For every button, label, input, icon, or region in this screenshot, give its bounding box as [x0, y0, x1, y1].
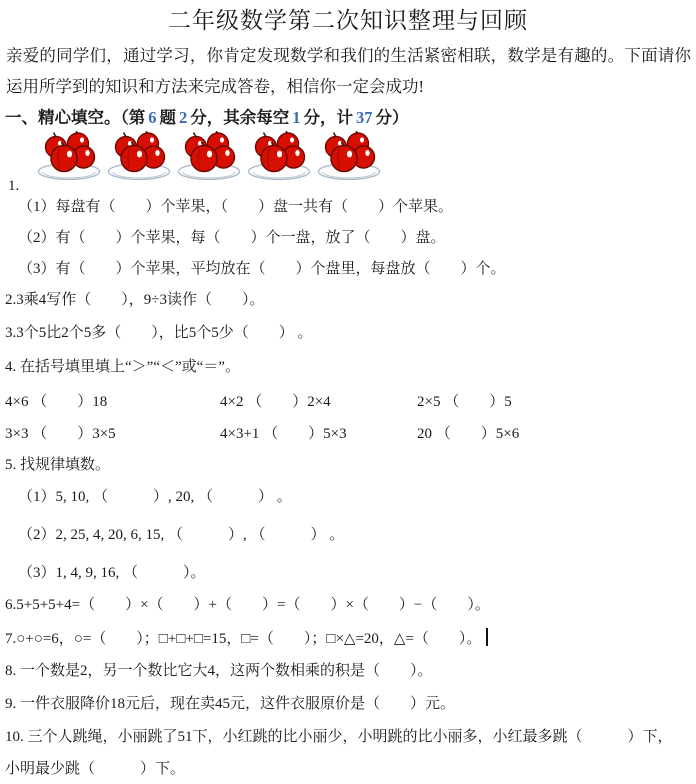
apples-on-plate-icon — [36, 131, 102, 181]
question-1-item-3: （3）有（ ）个苹果，平均放在（ ）个盘里，每盘放（ ）个。 — [18, 259, 506, 279]
question-4-prompt: 4. 在括号填里填上“＞”“＜”或“＝”。 — [5, 357, 240, 377]
heading-text: 分） — [376, 108, 409, 127]
comparison-blank: 4×6 （ ）18 — [5, 390, 107, 411]
question-6: 6.5+5+5+4=（ ）×（ ）+（ ）=（ ）×（ ）−（ ）。 — [5, 595, 490, 615]
question-1-item-1: （1）每盘有（ ）个苹果，（ ）盘一共有（ ）个苹果。 — [18, 197, 453, 217]
question-1-item-2: （2）有（ ）个苹果，每（ ）个一盘，放了（ ）盘。 — [18, 228, 446, 248]
heading-text: 分，计 — [304, 108, 354, 127]
comparison-blank: 4×3+1 （ ）5×3 — [220, 422, 347, 443]
question-5-item-2: （2）2, 25, 4, 20, 6, 15, （ ）, （ ） 。 — [18, 525, 344, 545]
question-4-row-2: 3×3 （ ）3×5 4×3+1 （ ）5×3 20 （ ）5×6 — [5, 422, 695, 442]
apples-on-plate-icon — [246, 131, 312, 181]
question-8: 8. 一个数是2，另一个数比它大4，这两个数相乘的积是（ ）。 — [5, 661, 433, 681]
question-5-item-1: （1）5, 10, （ ）, 20, （ ） 。 — [18, 487, 292, 507]
question-10-line-2: 小明最少跳（ ）下。 — [5, 759, 185, 779]
intro-paragraph: 亲爱的同学们，通过学习，你肯定发现数学和我们的生活紧密相联，数学是有趣的。下面请… — [6, 40, 691, 102]
heading-text: 题 — [160, 108, 177, 127]
heading-text: 分，其余每空 — [190, 108, 289, 127]
question-7: 7.○+○=6，○=（ ）；□+□+□=15，□=（ ）；□×△=20，△=（ … — [5, 628, 488, 649]
heading-number: 6 — [148, 108, 156, 127]
question-9: 9. 一件衣服降价18元后，现在卖45元，这件衣服原价是（ ）元。 — [5, 694, 455, 714]
comparison-blank: 20 （ ）5×6 — [417, 422, 519, 443]
comparison-blank: 4×2 （ ）2×4 — [220, 390, 331, 411]
apples-on-plate-icon — [316, 131, 382, 181]
comparison-blank: 3×3 （ ）3×5 — [5, 422, 116, 443]
heading-number: 1 — [292, 108, 300, 127]
question-5-prompt: 5. 找规律填数。 — [5, 455, 110, 475]
text-cursor — [486, 628, 488, 646]
comparison-blank: 2×5 （ ）5 — [417, 390, 512, 411]
heading-number: 2 — [179, 108, 187, 127]
question-4-row-1: 4×6 （ ）18 4×2 （ ）2×4 2×5 （ ）5 — [5, 390, 695, 410]
question-2: 2.3乘4写作（ ），9÷3读作（ ）。 — [5, 290, 264, 310]
heading-text: 一、精心填空。（第 — [5, 108, 145, 127]
question-5-item-3: （3）1, 4, 9, 16, （ ）。 — [18, 563, 206, 583]
question-1-label: 1. — [8, 176, 19, 196]
question-7-text: 7.○+○=6，○=（ ）；□+□+□=15，□=（ ）；□×△=20，△=（ … — [5, 631, 481, 647]
page-title: 二年级数学第二次知识整理与回顾 — [0, 2, 696, 35]
apples-illustration — [36, 131, 382, 183]
apples-on-plate-icon — [106, 131, 172, 181]
apples-on-plate-icon — [176, 131, 242, 181]
heading-number: 37 — [356, 108, 373, 127]
worksheet-page: 二年级数学第二次知识整理与回顾 亲爱的同学们，通过学习，你肯定发现数学和我们的生… — [0, 0, 696, 784]
question-3: 3.3个5比2个5多（ ），比5个5少（ ） 。 — [5, 323, 313, 343]
question-10-line-1: 10. 三个人跳绳，小丽跳了51下，小红跳的比小丽少，小明跳的比小丽多，小红最多… — [5, 727, 673, 747]
section-heading: 一、精心填空。（第6题2分，其余每空1分，计37分） — [5, 104, 409, 128]
